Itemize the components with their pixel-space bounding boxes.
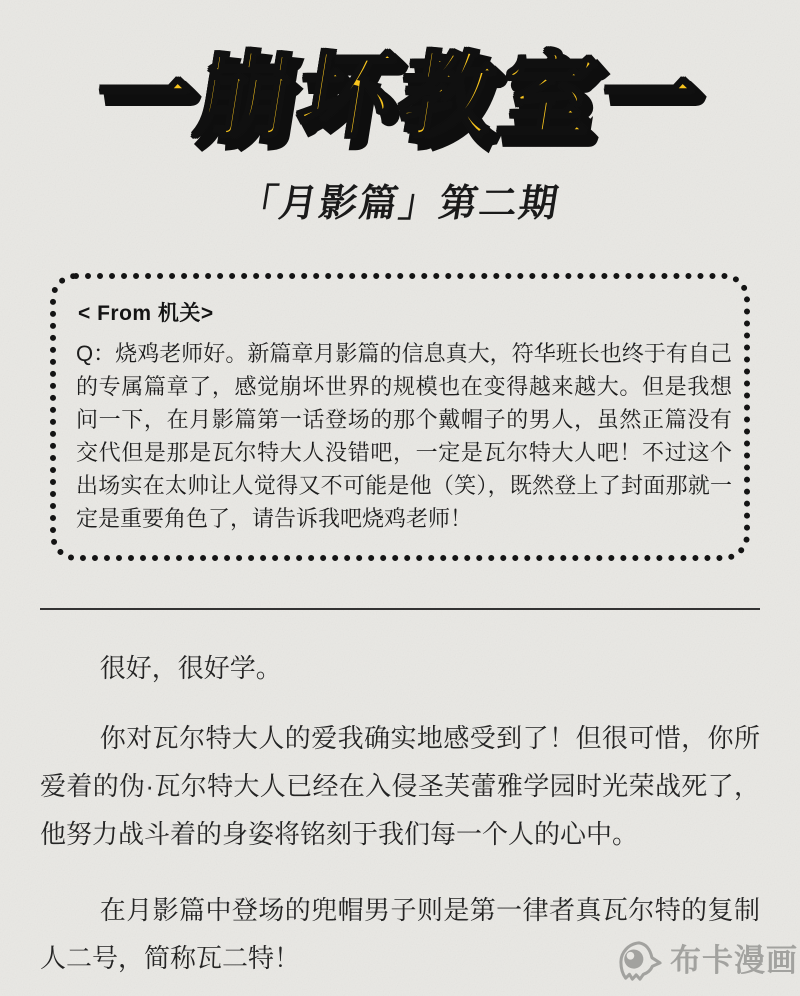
- qa-poster-page: 一崩坏教室一 一崩坏教室一 「月影篇」第二期 < From 机关> Q：烧鸡老师…: [0, 0, 800, 996]
- answer-paragraph: 很好，很好学。: [40, 644, 760, 692]
- answer-section: 很好，很好学。 你对瓦尔特大人的爱我确实地感受到了！但很可惜，你所爱着的伪·瓦尔…: [40, 644, 760, 982]
- question-box: < From 机关> Q：烧鸡老师好。新篇章月影篇的信息真大，符华班长也终于有自…: [50, 273, 750, 561]
- watermark: 布卡漫画: [617, 940, 798, 982]
- question-from-label: < From 机关>: [78, 297, 732, 327]
- page-subtitle: 「月影篇」第二期: [0, 172, 800, 227]
- header: 一崩坏教室一 一崩坏教室一 「月影篇」第二期: [0, 0, 800, 227]
- page-title: 一崩坏教室一 一崩坏教室一: [89, 46, 711, 146]
- watermark-label: 布卡漫画: [670, 941, 798, 981]
- question-text: Q：烧鸡老师好。新篇章月影篇的信息真大，符华班长也终于有自己的专属篇章了，感觉崩…: [76, 337, 732, 535]
- buka-ghost-logo-icon: [617, 940, 663, 982]
- page-title-text: 一崩坏教室一: [89, 44, 711, 148]
- answer-paragraph: 你对瓦尔特大人的爱我确实地感受到了！但很可惜，你所爱着的伪·瓦尔特大人已经在入侵…: [40, 714, 760, 858]
- section-divider: [40, 608, 760, 610]
